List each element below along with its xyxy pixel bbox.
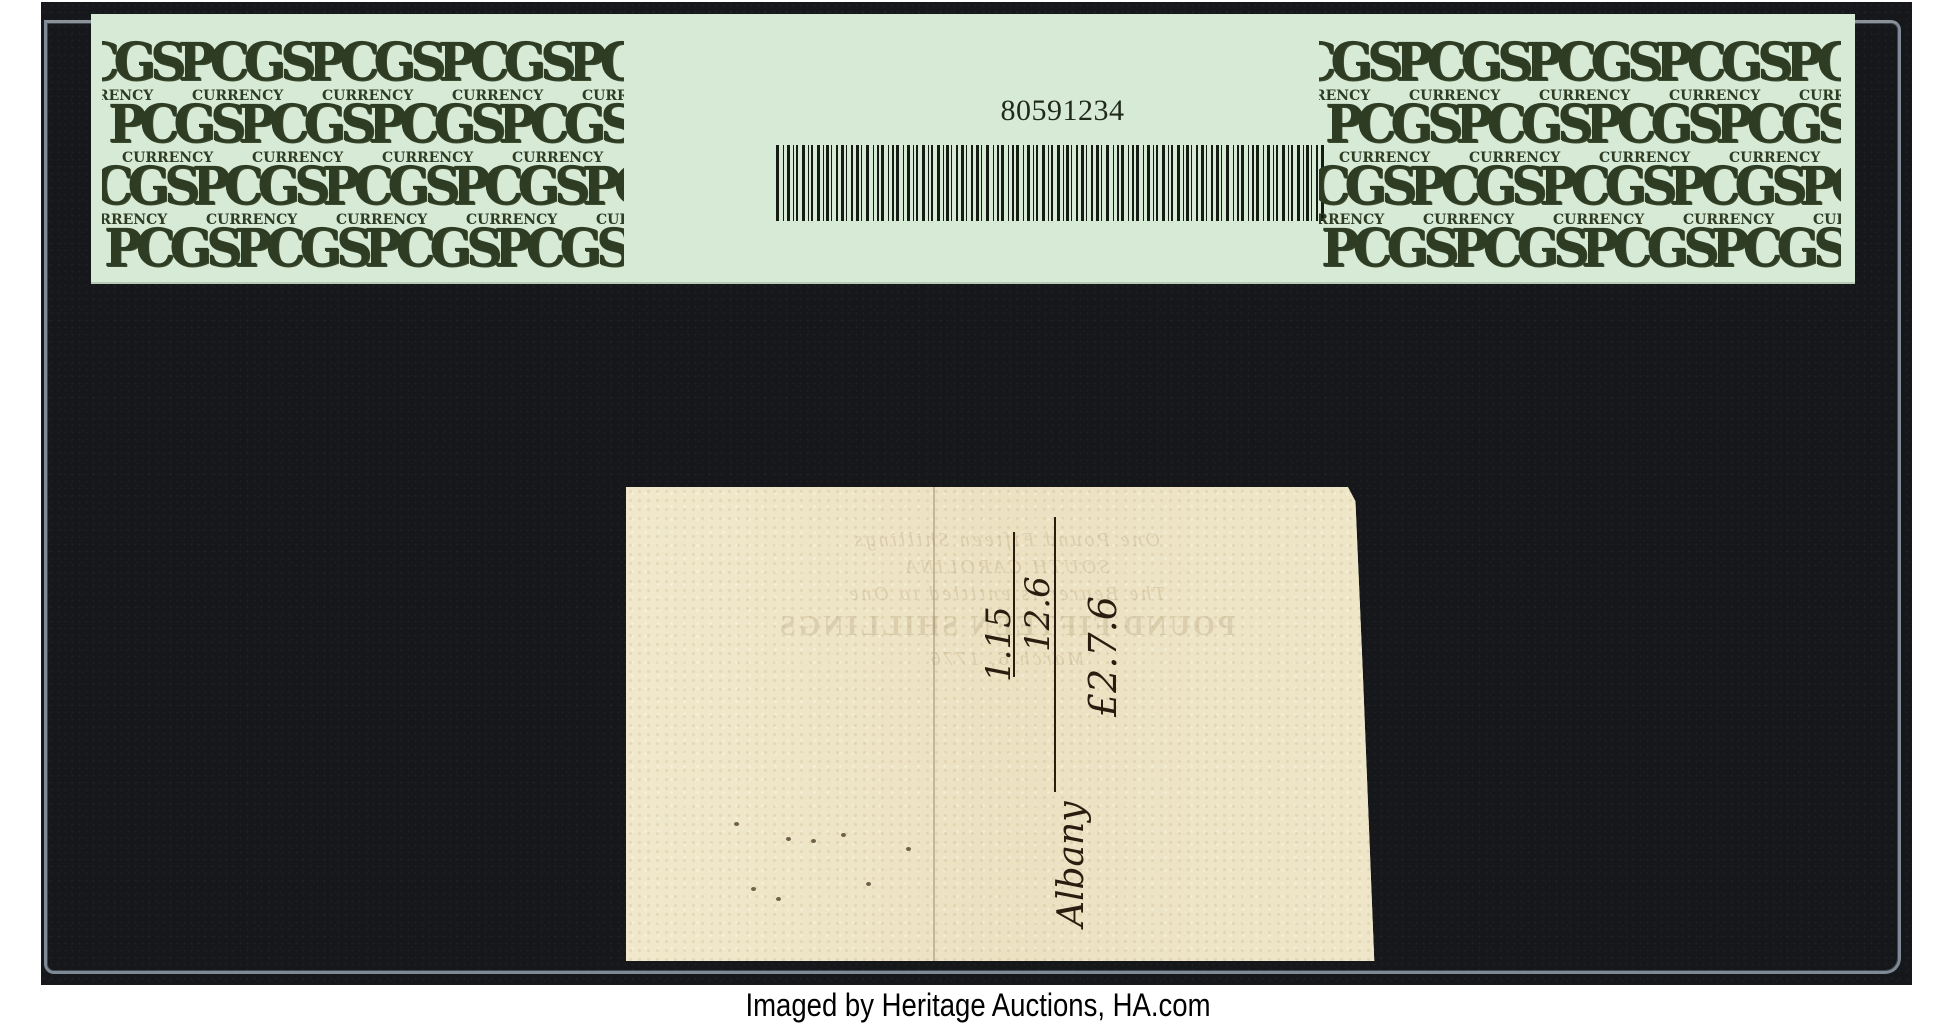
pcgs-logo-icon: PCGSCURRENCY	[494, 218, 620, 274]
ink-speck	[751, 887, 756, 891]
ghost-line: SOUTH CAROLINA	[686, 554, 1326, 581]
sum-line-long	[1054, 517, 1056, 792]
pcgs-logo-icon: PCGSCURRENCY	[104, 218, 230, 274]
logo-row: PCGSCURRENCYPCGSCURRENCYPCGSCURRENCYPCGS…	[1321, 218, 1841, 274]
ghost-line: The Bearer is entitled to One	[686, 581, 1326, 608]
logo-row: PCGSCURRENCYPCGSCURRENCYPCGSCURRENCYPCGS…	[104, 218, 624, 274]
barcode	[776, 145, 1327, 221]
pcgs-logo-icon: PCGSCURRENCY	[1321, 218, 1447, 274]
ink-speck	[906, 847, 911, 851]
pcgs-logo-icon: PCGSCURRENCY	[364, 218, 490, 274]
label-center: 80591234	[715, 14, 1410, 282]
pcgs-logo-icon: PCGSCURRENCY	[1451, 218, 1577, 274]
ink-speck	[786, 837, 791, 841]
pcgs-logo-icon: PCGSCURRENCY	[1581, 218, 1707, 274]
ghost-line: One Pound Fifteen Shillings	[686, 527, 1326, 554]
serial-number: 80591234	[715, 94, 1410, 128]
ink-speck	[776, 897, 781, 901]
handwritten-figure: 12.6	[1018, 576, 1058, 652]
handwritten-total: £2.7.6	[1081, 596, 1125, 717]
pcgs-logo-icon: PCGSCURRENCY	[234, 218, 360, 274]
logo-pattern-left: PCGSCURRENCYPCGSCURRENCYPCGSCURRENCYPCGS…	[102, 22, 624, 274]
logo-pattern-right: PCGSCURRENCYPCGSCURRENCYPCGSCURRENCYPCGS…	[1319, 22, 1841, 274]
handwritten-signature: Albany	[1051, 801, 1092, 927]
ink-speck	[841, 833, 846, 837]
ink-speck	[734, 822, 739, 826]
fold-line	[933, 487, 935, 961]
ink-speck	[811, 839, 816, 843]
sum-line-short	[1013, 532, 1015, 677]
grading-label: PCGSCURRENCYPCGSCURRENCYPCGSCURRENCYPCGS…	[91, 14, 1855, 282]
ink-speck	[866, 882, 871, 886]
image-credit-caption: Imaged by Heritage Auctions, HA.com	[137, 987, 1819, 1024]
banknote-back: One Pound Fifteen Shillings SOUTH CAROLI…	[626, 487, 1378, 961]
pcgs-logo-icon: PCGSCURRENCY	[1711, 218, 1837, 274]
